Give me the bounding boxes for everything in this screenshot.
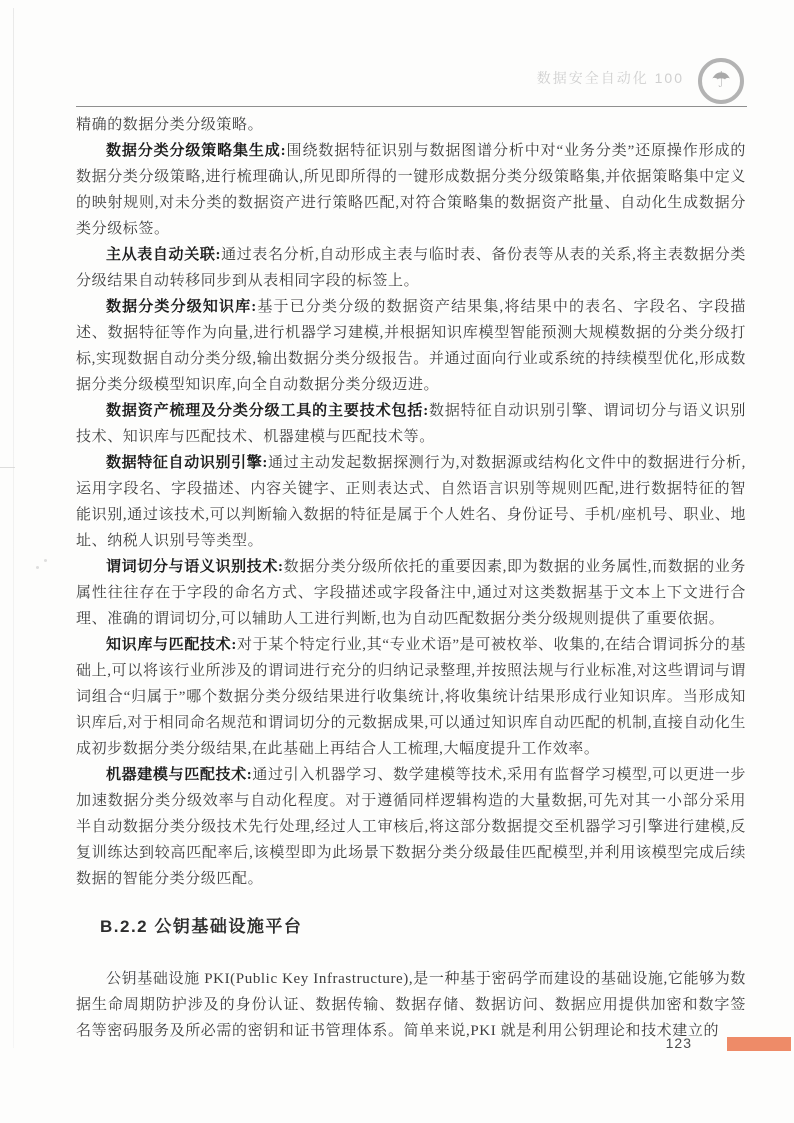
paragraph-text: 公钥基础设施 PKI(Public Key Infrastructure),是一… <box>76 971 746 1039</box>
umbrella-icon: ☂ <box>711 70 731 92</box>
body-paragraph: 公钥基础设施 PKI(Public Key Infrastructure),是一… <box>76 966 746 1044</box>
paragraph-lead: 数据分类分级策略集生成: <box>106 143 286 159</box>
page-number: 123 <box>666 1035 692 1051</box>
body-paragraph: 数据分类分级知识库:基于已分类分级的数据资产结果集,将结果中的表名、字段名、字段… <box>76 294 746 398</box>
running-title: 数据安全自动化 100 <box>537 68 684 88</box>
body-paragraph: 机器建模与匹配技术:通过引入机器学习、数学建模等技术,采用有监督学习模型,可以更… <box>76 762 746 892</box>
paragraph-lead: 数据资产梳理及分类分级工具的主要技术包括: <box>106 403 429 419</box>
body-paragraph: 数据分类分级策略集生成:围绕数据特征识别与数据图谱分析中对“业务分类”还原操作形… <box>76 138 746 242</box>
body-paragraph: 精确的数据分类分级策略。 <box>76 112 746 138</box>
body-paragraph: 数据特征自动识别引擎:通过主动发起数据探测行为,对数据源或结构化文件中的数据进行… <box>76 450 746 554</box>
publisher-logo: ☂ <box>698 58 744 104</box>
scan-artifact-speck <box>44 559 47 562</box>
paragraph-lead: 数据特征自动识别引擎: <box>106 455 268 471</box>
body-paragraph: 数据资产梳理及分类分级工具的主要技术包括:数据特征自动识别引擎、谓词切分与语义识… <box>76 398 746 450</box>
paragraph-lead: 数据分类分级知识库: <box>106 299 257 315</box>
header-rule <box>76 106 747 107</box>
paragraph-lead: 机器建模与匹配技术: <box>106 767 252 783</box>
paragraph-lead: 谓词切分与语义识别技术: <box>106 559 284 575</box>
paragraph-text: 精确的数据分类分级策略。 <box>76 117 263 133</box>
body-paragraph: 主从表自动关联:通过表名分析,自动形成主表与临时表、备份表等从表的关系,将主表数… <box>76 242 746 294</box>
footer-accent-bar <box>727 1037 791 1051</box>
scan-artifact-dash <box>0 467 15 468</box>
paragraph-text: 对于某个特定行业,其“专业术语”是可被枚举、收集的,在结合谓词拆分的基础上,可以… <box>76 637 746 757</box>
paragraph-text: 通过引入机器学习、数学建模等技术,采用有监督学习模型,可以更进一步加速数据分类分… <box>76 767 746 887</box>
book-page: 数据安全自动化 100 ☂ 精确的数据分类分级策略。数据分类分级策略集生成:围绕… <box>0 0 794 1123</box>
body-paragraph: 知识库与匹配技术:对于某个特定行业,其“专业术语”是可被枚举、收集的,在结合谓词… <box>76 632 746 762</box>
paragraph-lead: 知识库与匹配技术: <box>106 637 237 653</box>
body-paragraph: 谓词切分与语义识别技术:数据分类分级所依托的重要因素,即为数据的业务属性,而数据… <box>76 554 746 632</box>
scan-artifact-line <box>13 8 14 1048</box>
scan-artifact-speck <box>36 566 39 569</box>
paragraph-lead: 主从表自动关联: <box>106 247 221 263</box>
page-body: 精确的数据分类分级策略。数据分类分级策略集生成:围绕数据特征识别与数据图谱分析中… <box>76 112 746 1044</box>
section-heading: B.2.2 公钥基础设施平台 <box>100 916 746 938</box>
